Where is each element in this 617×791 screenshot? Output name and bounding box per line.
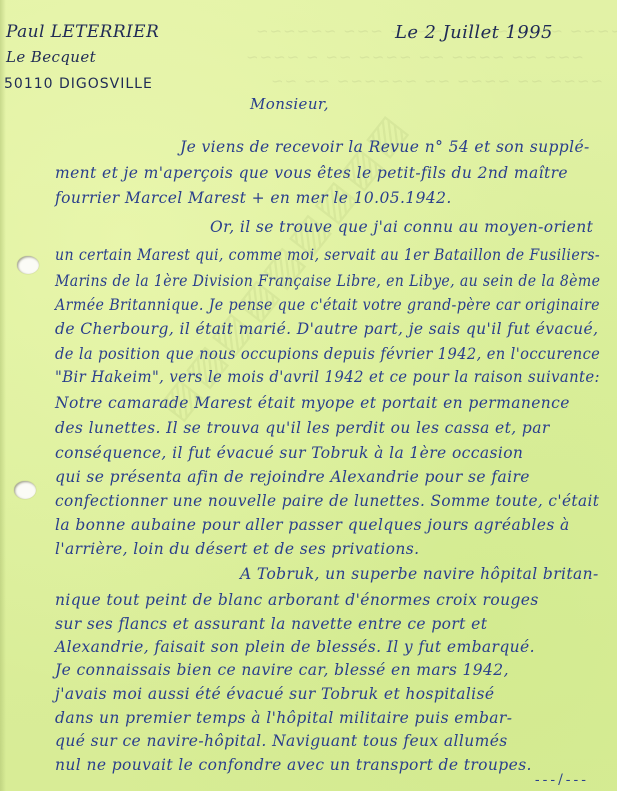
body-line: de Cherbourg, il était marié. D'autre pa… <box>55 320 598 338</box>
sender-street: Le Becquet <box>6 48 96 66</box>
body-line: sur ses flancs et assurant la navette en… <box>55 615 487 633</box>
body-line: un certain Marest qui, comme moi, servai… <box>55 246 600 264</box>
continuation-mark: ---/--- <box>535 772 589 788</box>
body-line: des lunettes. Il se trouva qu'il les per… <box>55 419 550 437</box>
body-line: Armée Britannique. Je pense que c'était … <box>55 296 600 314</box>
body-line: Alexandrie, faisait son plein de blessés… <box>55 638 535 656</box>
bleed-through-text: ~~~ ~~ ~~~~ ~~ ~~~~ ~~ ~ ~~~~ <box>245 48 584 66</box>
body-line: conséquence, il fut évacué sur Tobruk à … <box>55 444 523 462</box>
body-line: fourrier Marcel Marest + en mer le 10.05… <box>55 189 452 207</box>
body-line: nul ne pouvait le confondre avec un tran… <box>55 756 532 774</box>
paper-edge-shadow <box>0 0 6 791</box>
body-line: l'arrière, loin du désert et de ses priv… <box>55 540 419 558</box>
body-line: ment et je m'aperçois que vous êtes le p… <box>55 164 568 182</box>
letter-page: ~~~~ ~~~~~~ ~~ ~~~~ ~~~ ~~~~~~ ~~~ ~~ ~~… <box>0 0 617 791</box>
salutation: Monsieur, <box>250 95 329 113</box>
body-line: Or, il se trouve que j'ai connu au moyen… <box>210 218 593 236</box>
punch-hole-top <box>17 256 39 274</box>
body-line: Notre camarade Marest était myope et por… <box>55 394 570 412</box>
body-line: Je viens de recevoir la Revue n° 54 et s… <box>180 138 590 156</box>
body-line: de la position que nous occupions depuis… <box>55 345 600 363</box>
body-line: dans un premier temps à l'hôpital milita… <box>55 709 512 727</box>
sender-city: 50110 DIGOSVILLE <box>4 76 153 92</box>
bleed-through-text: ~~~~ ~~ ~~~~ ~~ ~~~~~~ ~~ ~~ <box>270 72 603 90</box>
body-line: Je connaissais bien ce navire car, bless… <box>55 661 509 679</box>
sender-name: Paul LETERRIER <box>6 22 159 42</box>
body-line: Marins de la 1ère Division Française Lib… <box>55 272 600 290</box>
body-line: qui se présenta afin de rejoindre Alexan… <box>55 468 530 486</box>
punch-hole-bottom <box>14 481 36 499</box>
body-line: A Tobruk, un superbe navire hôpital brit… <box>240 565 599 583</box>
body-line: "Bir Hakeim", vers le mois d'avril 1942 … <box>55 368 600 386</box>
body-line: j'avais moi aussi été évacué sur Tobruk … <box>55 685 494 703</box>
body-line: la bonne aubaine pour aller passer quelq… <box>55 516 570 534</box>
body-line: confectionner une nouvelle paire de lune… <box>55 492 599 510</box>
body-line: qué sur ce navire-hôpital. Naviguant tou… <box>55 732 508 750</box>
letter-date: Le 2 Juillet 1995 <box>395 22 553 43</box>
body-line: nique tout peint de blanc arborant d'éno… <box>55 591 539 609</box>
